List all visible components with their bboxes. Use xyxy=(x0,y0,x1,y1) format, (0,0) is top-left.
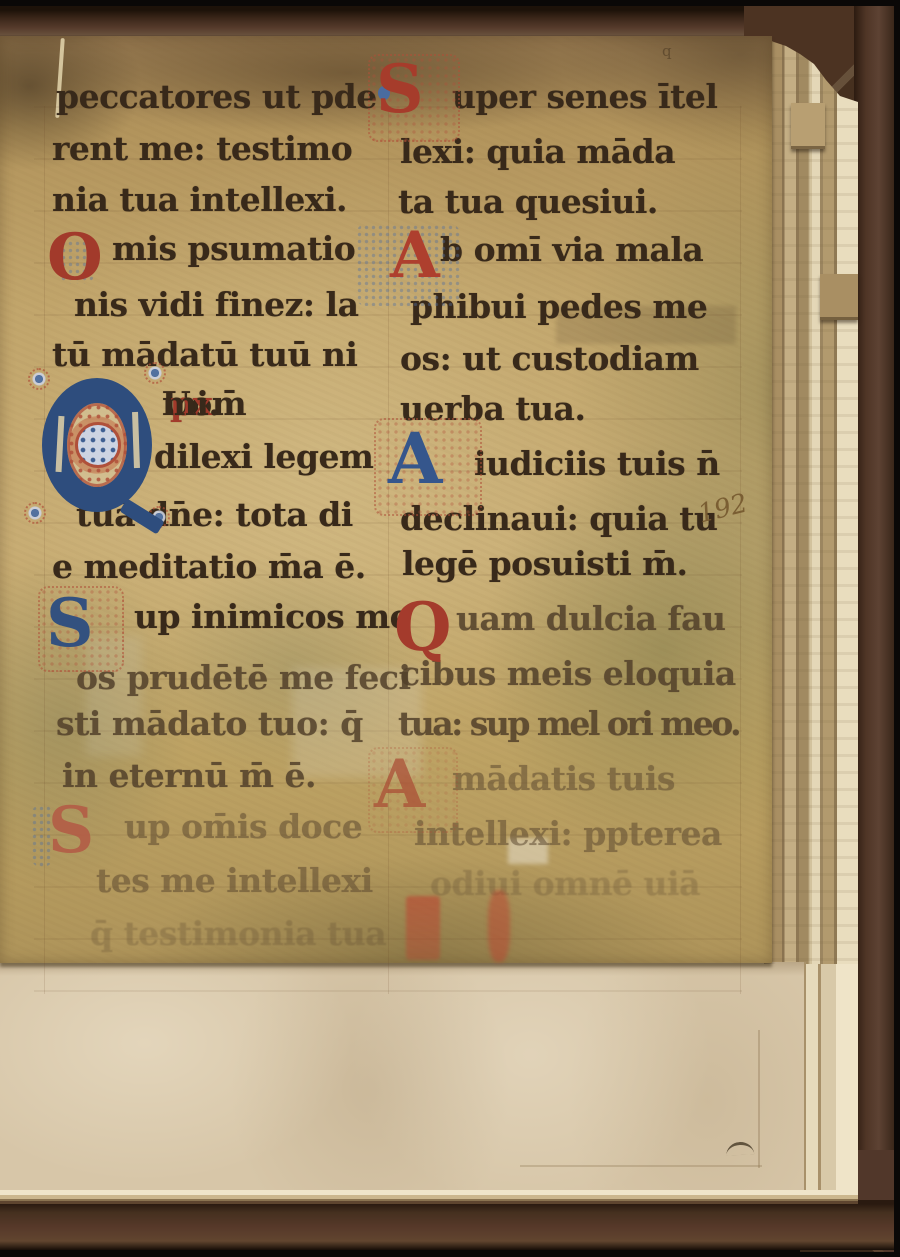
faded-red-initial-remnant xyxy=(406,896,440,960)
text-line: iudiciis tuis n̄ xyxy=(474,445,720,483)
text-line: peccatores ut pde xyxy=(56,78,377,116)
text-line: odiui omnē uiā xyxy=(430,865,700,903)
initial-letter: A xyxy=(374,751,425,817)
text-line: os: ut custodiam xyxy=(400,340,699,378)
initial-letter: S xyxy=(46,590,94,656)
text-line: up inimicos me xyxy=(134,598,410,636)
text-line: in eternū m̄ ē. xyxy=(62,757,316,795)
text-line: os prudētē me feci xyxy=(76,659,411,697)
text-line: nia tua intellexi. xyxy=(52,181,347,219)
text-line: mādatis tuis xyxy=(452,760,675,798)
text-line: rent me: testimo xyxy=(52,130,352,168)
text-line: legē posuisti m̄. xyxy=(402,545,688,583)
flyleaf-crease-vertical xyxy=(758,1030,760,1168)
text-line: uam dulcia fau xyxy=(456,600,725,638)
text-line: e meditatio m̄a ē. xyxy=(52,548,366,586)
text-line: intellexi: ppterea xyxy=(414,815,722,853)
initial-letter: S xyxy=(376,56,424,122)
text-line: up om̄is doce xyxy=(124,808,362,846)
ornament-bud xyxy=(24,502,46,524)
text-line: tes me intellexi xyxy=(96,862,373,900)
leather-binding-right xyxy=(854,6,894,1252)
initial-q-ornate xyxy=(36,374,160,520)
margin-mark: q xyxy=(662,42,672,60)
initial-letter: S xyxy=(48,799,94,863)
page-edges-stack xyxy=(768,40,858,968)
text-line: nis vidi finez: la xyxy=(74,286,358,324)
hair-mark xyxy=(726,1141,755,1155)
faded-red-initial-remnant xyxy=(488,890,510,962)
ornament-bud xyxy=(144,362,166,384)
initial-letter: A xyxy=(388,424,442,494)
initial-q-rosette xyxy=(75,422,121,468)
parchment-tab-lower xyxy=(820,274,858,320)
ruling-vertical-right xyxy=(740,106,741,994)
parchment-leaf: peccatores ut pde rent me: testimo nia t… xyxy=(0,36,772,963)
text-line: sti mādato tuo: q̄ xyxy=(56,705,363,743)
leather-binding-bottom xyxy=(0,1200,894,1250)
text-segment: mi. xyxy=(162,385,219,423)
text-line: dilexi legem xyxy=(154,438,373,476)
text-line: b omī via mala xyxy=(440,231,703,269)
text-line: uper senes ītel xyxy=(452,78,717,116)
text-line: mis psumatio xyxy=(112,230,355,268)
flyleaf-crease-horizontal xyxy=(520,1165,762,1167)
initial-letter: A xyxy=(390,224,440,288)
initial-letter: Q xyxy=(394,594,452,660)
text-line: ta tua quesiui. xyxy=(398,183,658,221)
text-line: tua: sup mel ori meo. xyxy=(398,705,739,743)
manuscript-photo: peccatores ut pde rent me: testimo nia t… xyxy=(0,0,900,1257)
text-line: q̄ testimonia tua xyxy=(90,915,386,953)
parchment-tab-upper xyxy=(791,103,825,149)
flyleaf-paper xyxy=(0,962,806,1194)
text-line: tū mādatū tuū ni xyxy=(52,336,357,374)
bottom-page-edges xyxy=(0,1190,858,1204)
initial-letter: O xyxy=(47,226,103,290)
ornament-bud xyxy=(28,368,50,390)
